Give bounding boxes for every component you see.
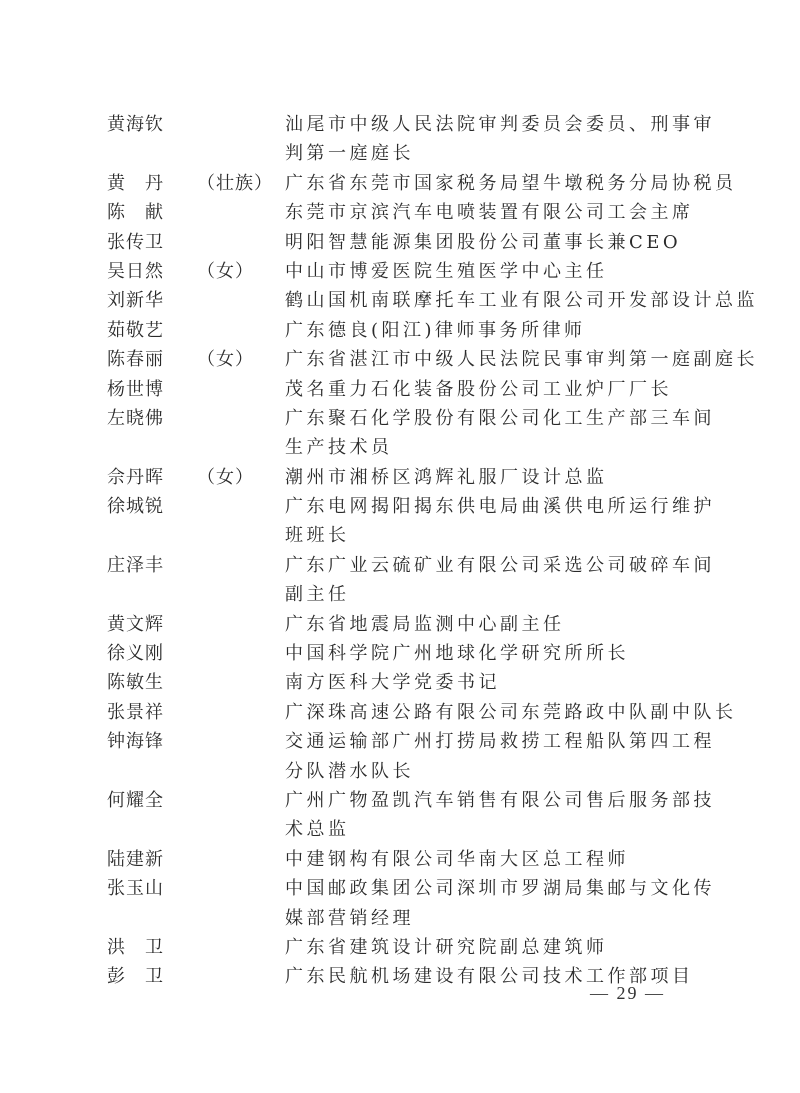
person-name: 陆建新 [107,845,197,874]
person-title: 交通运输部广州打捞局救捞工程船队第四工程分队潜水队长 [285,727,705,786]
person-note [197,228,285,257]
person-name: 左晓佛 [107,404,197,433]
person-title: 广东省东莞市国家税务局望牛墩税务分局协税员 [285,169,705,198]
person-note [197,610,285,639]
person-title: 广东省建筑设计研究院副总建筑师 [285,933,705,962]
person-note [197,874,285,903]
person-note: （女） [197,345,285,374]
person-note: （壮族） [197,169,285,198]
person-name: 张传卫 [107,228,197,257]
title-line: 广深珠高速公路有限公司东莞路政中队副中队长 [285,698,705,727]
list-item: 洪 卫广东省建筑设计研究院副总建筑师 [107,933,707,962]
title-line: 广东省东莞市国家税务局望牛墩税务分局协税员 [285,169,705,198]
list-item: 刘新华鹤山国机南联摩托车工业有限公司开发部设计总监 [107,286,707,315]
title-line: 媒部营销经理 [285,904,705,933]
person-name: 黄文辉 [107,610,197,639]
title-line: 广东德良(阳江)律师事务所律师 [285,316,705,345]
list-item: 何耀全广州广物盈凯汽车销售有限公司售后服务部技术总监 [107,786,707,845]
person-title: 广东电网揭阳揭东供电局曲溪供电所运行维护班班长 [285,492,705,551]
person-note [197,933,285,962]
list-item: 张景祥广深珠高速公路有限公司东莞路政中队副中队长 [107,698,707,727]
title-line: 东莞市京滨汽车电喷装置有限公司工会主席 [285,198,705,227]
title-line: 中建钢构有限公司华南大区总工程师 [285,845,705,874]
person-name: 吴日然 [107,257,197,286]
list-item: 陈 献东莞市京滨汽车电喷装置有限公司工会主席 [107,198,707,227]
title-line: 交通运输部广州打捞局救捞工程船队第四工程 [285,727,705,756]
person-note [197,492,285,521]
person-title: 中山市博爱医院生殖医学中心主任 [285,257,705,286]
person-title: 广东聚石化学股份有限公司化工生产部三车间生产技术员 [285,404,705,463]
person-title: 中国邮政集团公司深圳市罗湖局集邮与文化传媒部营销经理 [285,874,705,933]
person-name: 庄泽丰 [107,551,197,580]
person-note [197,198,285,227]
person-note [197,404,285,433]
list-item: 黄 丹（壮族）广东省东莞市国家税务局望牛墩税务分局协税员 [107,169,707,198]
person-name: 彭 卫 [107,962,197,991]
person-name: 茹敬艺 [107,316,197,345]
person-title: 广东省地震局监测中心副主任 [285,610,705,639]
title-line: 分队潜水队长 [285,757,705,786]
title-line: 明阳智慧能源集团股份公司董事长兼CEO [285,228,705,257]
person-name: 杨世博 [107,375,197,404]
person-title: 中建钢构有限公司华南大区总工程师 [285,845,705,874]
person-title: 广东省湛江市中级人民法院民事审判第一庭副庭长 [285,345,705,374]
person-name: 黄 丹 [107,169,197,198]
person-name: 张玉山 [107,874,197,903]
title-line: 南方医科大学党委书记 [285,668,705,697]
list-item: 庄泽丰广东广业云硫矿业有限公司采选公司破碎车间副主任 [107,551,707,610]
person-note [197,845,285,874]
title-line: 判第一庭庭长 [285,139,705,168]
title-line: 中国科学院广州地球化学研究所所长 [285,639,705,668]
title-line: 广东省湛江市中级人民法院民事审判第一庭副庭长 [285,345,705,374]
list-item: 佘丹晖（女）潮州市湘桥区鸿辉礼服厂设计总监 [107,463,707,492]
list-item: 茹敬艺广东德良(阳江)律师事务所律师 [107,316,707,345]
person-name: 刘新华 [107,286,197,315]
person-name: 佘丹晖 [107,463,197,492]
title-line: 副主任 [285,580,705,609]
title-line: 广东省建筑设计研究院副总建筑师 [285,933,705,962]
person-title: 潮州市湘桥区鸿辉礼服厂设计总监 [285,463,705,492]
person-name: 钟海锋 [107,727,197,756]
person-title: 东莞市京滨汽车电喷装置有限公司工会主席 [285,198,705,227]
title-line: 广东聚石化学股份有限公司化工生产部三车间 [285,404,705,433]
person-name: 陈 献 [107,198,197,227]
person-note [197,786,285,815]
title-line: 广东广业云硫矿业有限公司采选公司破碎车间 [285,551,705,580]
person-note [197,668,285,697]
page-number: — 29 — [590,983,665,1004]
list-item: 吴日然（女）中山市博爱医院生殖医学中心主任 [107,257,707,286]
title-line: 潮州市湘桥区鸿辉礼服厂设计总监 [285,463,705,492]
title-line: 中国邮政集团公司深圳市罗湖局集邮与文化传 [285,874,705,903]
person-name: 何耀全 [107,786,197,815]
list-item: 陆建新中建钢构有限公司华南大区总工程师 [107,845,707,874]
title-line: 生产技术员 [285,433,705,462]
title-line: 广州广物盈凯汽车销售有限公司售后服务部技 [285,786,705,815]
list-item: 陈敏生南方医科大学党委书记 [107,668,707,697]
list-item: 陈春丽（女）广东省湛江市中级人民法院民事审判第一庭副庭长 [107,345,707,374]
person-note [197,639,285,668]
person-note [197,962,285,991]
title-line: 广东电网揭阳揭东供电局曲溪供电所运行维护 [285,492,705,521]
person-note [197,316,285,345]
person-note: （女） [197,463,285,492]
person-note [197,110,285,139]
person-name: 张景祥 [107,698,197,727]
person-name: 陈敏生 [107,668,197,697]
list-item: 杨世博茂名重力石化装备股份公司工业炉厂厂长 [107,375,707,404]
list-item: 钟海锋交通运输部广州打捞局救捞工程船队第四工程分队潜水队长 [107,727,707,786]
person-name: 黄海钦 [107,110,197,139]
person-note [197,286,285,315]
document-page: 黄海钦汕尾市中级人民法院审判委员会委员、刑事审判第一庭庭长黄 丹（壮族）广东省东… [0,0,800,1093]
person-note [197,375,285,404]
title-line: 广东省地震局监测中心副主任 [285,610,705,639]
person-note [197,551,285,580]
person-title: 南方医科大学党委书记 [285,668,705,697]
title-line: 班班长 [285,521,705,550]
person-title: 中国科学院广州地球化学研究所所长 [285,639,705,668]
person-title: 广深珠高速公路有限公司东莞路政中队副中队长 [285,698,705,727]
title-line: 汕尾市中级人民法院审判委员会委员、刑事审 [285,110,705,139]
list-item: 黄文辉广东省地震局监测中心副主任 [107,610,707,639]
person-title: 广东广业云硫矿业有限公司采选公司破碎车间副主任 [285,551,705,610]
title-line: 茂名重力石化装备股份公司工业炉厂厂长 [285,375,705,404]
person-title: 鹤山国机南联摩托车工业有限公司开发部设计总监 [285,286,705,315]
list-item: 徐义刚中国科学院广州地球化学研究所所长 [107,639,707,668]
person-note [197,727,285,756]
title-line: 鹤山国机南联摩托车工业有限公司开发部设计总监 [285,286,705,315]
title-line: 中山市博爱医院生殖医学中心主任 [285,257,705,286]
person-title: 广州广物盈凯汽车销售有限公司售后服务部技术总监 [285,786,705,845]
list-item: 张玉山中国邮政集团公司深圳市罗湖局集邮与文化传媒部营销经理 [107,874,707,933]
list-item: 张传卫明阳智慧能源集团股份公司董事长兼CEO [107,228,707,257]
person-name: 陈春丽 [107,345,197,374]
person-name: 徐城锐 [107,492,197,521]
list-item: 徐城锐广东电网揭阳揭东供电局曲溪供电所运行维护班班长 [107,492,707,551]
person-title: 明阳智慧能源集团股份公司董事长兼CEO [285,228,705,257]
person-title: 汕尾市中级人民法院审判委员会委员、刑事审判第一庭庭长 [285,110,705,169]
person-title: 广东德良(阳江)律师事务所律师 [285,316,705,345]
title-line: 术总监 [285,815,705,844]
person-note: （女） [197,257,285,286]
person-name: 洪 卫 [107,933,197,962]
person-name: 徐义刚 [107,639,197,668]
person-title: 茂名重力石化装备股份公司工业炉厂厂长 [285,375,705,404]
list-item: 左晓佛广东聚石化学股份有限公司化工生产部三车间生产技术员 [107,404,707,463]
person-note [197,698,285,727]
list-item: 黄海钦汕尾市中级人民法院审判委员会委员、刑事审判第一庭庭长 [107,110,707,169]
name-list: 黄海钦汕尾市中级人民法院审判委员会委员、刑事审判第一庭庭长黄 丹（壮族）广东省东… [107,110,707,992]
